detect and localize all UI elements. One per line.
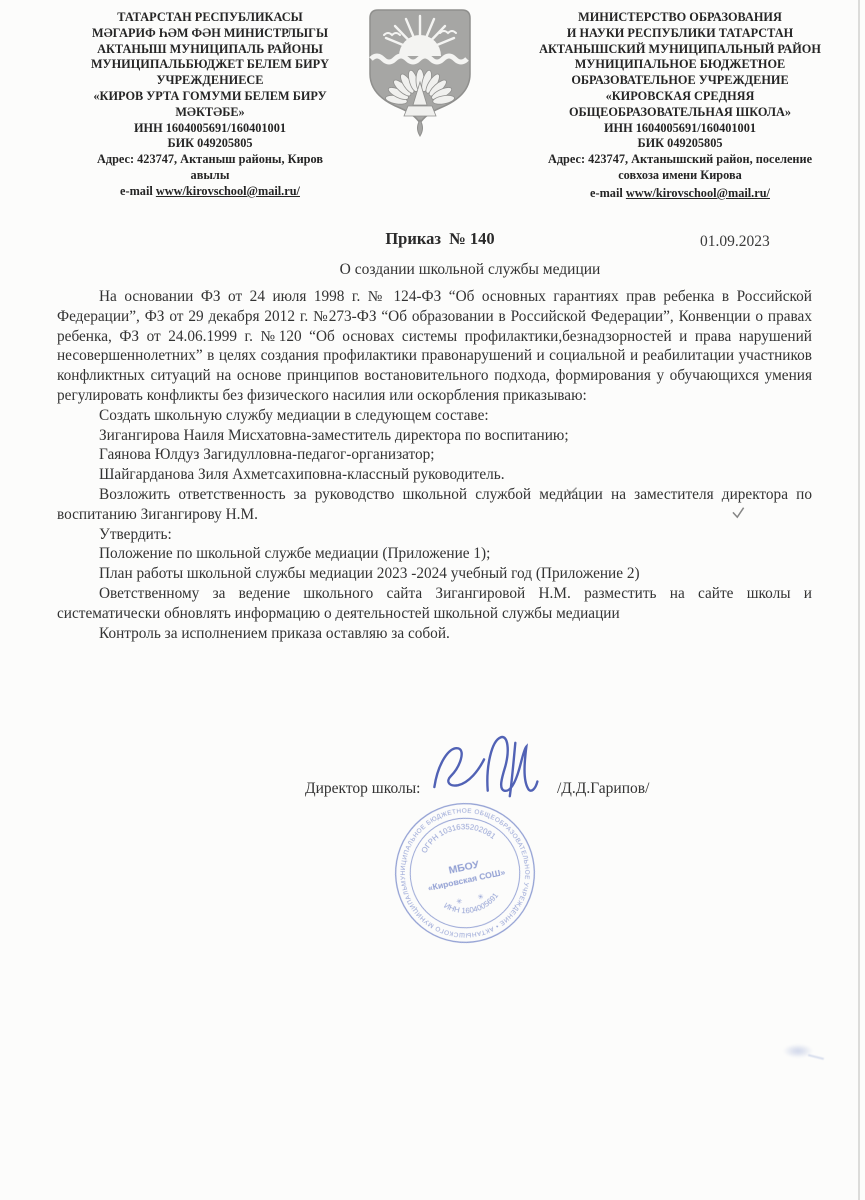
org-header-tatar: ТАТАРСТАН РЕСПУБЛИКАСЫ МӘГАРИФ ҺӘМ ФӘН М…	[65, 10, 355, 184]
paragraph-member-3: Шайгарданова Зиля Ахметсахиповна-классны…	[57, 465, 812, 485]
email-label: e-mail	[120, 184, 153, 198]
email-address: www/kirovschool@mail.ru/	[156, 184, 300, 198]
paragraph-member-1: Зигангирова Наиля Мисхатовна-заместитель…	[57, 426, 812, 446]
paragraph-preamble: На основании ФЗ от 24 июля 1998 г. № 124…	[57, 287, 812, 406]
stamp-star: ✳	[455, 896, 463, 906]
school-round-stamp: МУНИЦИПАЛЬНОЕ БЮДЖЕТНОЕ ОБЩЕОБРАЗОВАТЕЛЬ…	[378, 786, 551, 959]
org-email-tatar: e-mail www/kirovschool@mail.ru/	[65, 184, 355, 199]
coat-of-arms-icon	[368, 8, 472, 143]
paragraph-website: Оветственному за ведение школьного сайта…	[57, 584, 812, 624]
paragraph-annex-1: Положение по школьной службе медиации (П…	[57, 544, 812, 564]
director-signature-label: Директор школы:	[305, 780, 420, 798]
document-page: ТАТАРСТАН РЕСПУБЛИКАСЫ МӘГАРИФ ҺӘМ ФӘН М…	[0, 0, 865, 1200]
stamp-inn-arc: ИНН 1604005691	[441, 890, 502, 921]
paragraph-control: Контроль за исполнением приказа оставляю…	[57, 624, 812, 644]
pen-checkmark	[566, 486, 578, 497]
stamp-star: ✳	[477, 892, 485, 902]
email-address: www/kirovschool@mail.ru/	[626, 186, 770, 200]
order-title: Приказ № 140	[385, 229, 494, 249]
paragraph-responsibility: Возложить ответственность за руководство…	[57, 485, 812, 525]
org-email-russian: e-mail www/kirovschool@mail.ru/	[505, 186, 855, 201]
director-name: /Д.Д.Гарипов/	[557, 780, 649, 798]
email-label: e-mail	[590, 186, 623, 200]
paragraph-create-service: Создать школьную службу медиации в следу…	[57, 406, 812, 426]
paragraph-member-2: Гаянова Юлдуз Загидулловна-педагог-орган…	[57, 445, 812, 465]
paragraph-approve: Утвердить:	[57, 525, 812, 545]
org-header-russian: МИНИСТЕРСТВО ОБРАЗОВАНИЯ И НАУКИ РЕСПУБЛ…	[505, 10, 855, 184]
pen-checkmark	[732, 507, 746, 519]
paragraph-annex-2: План работы школьной службы медиации 202…	[57, 564, 812, 584]
order-date: 01.09.2023	[700, 233, 770, 251]
order-body: На основании ФЗ от 24 июля 1998 г. № 124…	[57, 287, 812, 643]
svg-text:ИНН 1604005691: ИНН 1604005691	[441, 890, 502, 921]
page-edge	[858, 0, 860, 1200]
order-subject: О создании школьной службы медиции	[340, 261, 601, 279]
